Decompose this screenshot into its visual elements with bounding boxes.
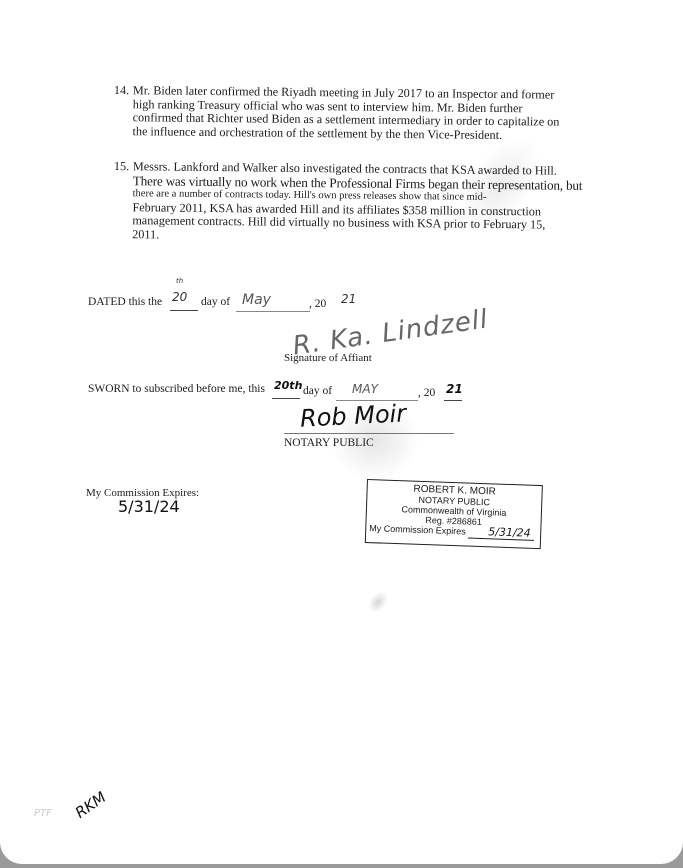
dated-day-of: day of [201,296,230,308]
dated-year-prefix: , 20 [309,298,326,310]
sworn-day: 20th [274,379,302,392]
sworn-prefix: SWORN to subscribed before me, this [88,383,265,395]
sworn-year: 21 [446,382,463,396]
sworn-month: MAY [352,382,378,396]
sworn-year-prefix: , 20 [418,387,435,399]
dated-day: 20 [172,290,187,304]
paragraph-14: 14. Mr. Biden later confirmed the Riyadh… [113,84,594,143]
notary-stamp: ROBERT K. MOIR NOTARY PUBLIC Commonwealt… [365,479,543,549]
dated-day-suffix: th [176,277,183,285]
stamp-expires-label: My Commission Expires [369,523,466,536]
stamp-expires-date: 5/31/24 [468,525,535,541]
sworn-day-of: day of [303,385,332,397]
dated-prefix: DATED this the [88,296,162,308]
handwritten-initials: RKM [72,788,110,822]
paragraph-number: 14. [114,84,129,98]
commission-expires-date: 5/31/24 [118,497,180,516]
notary-public-label: NOTARY PUBLIC [284,437,374,449]
affiant-signature-label: Signature of Affiant [284,352,372,364]
stamp-expires: My Commission Expires 5/31/24 [366,523,540,539]
scan-smudge [364,588,392,617]
dated-year: 21 [341,292,356,306]
notary-signature: Rob Moir [299,399,406,433]
dated-month: May [242,292,271,308]
faint-initials: PTF [34,808,52,819]
paragraph-15: 15. Messrs. Lankford and Walker also inv… [113,160,594,247]
paragraph-number: 15. [114,160,129,174]
document-page: 14. Mr. Biden later confirmed the Riyadh… [0,0,683,864]
